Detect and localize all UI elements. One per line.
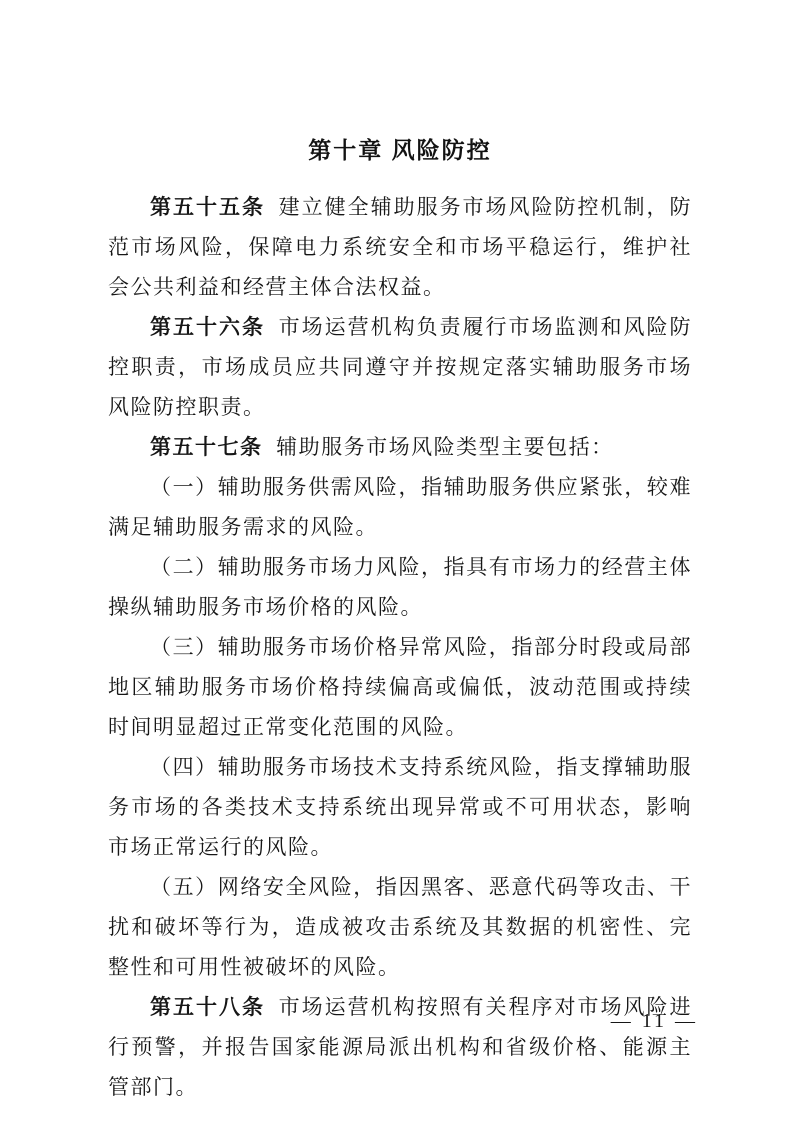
article-text: （一）辅助服务供需风险，指辅助服务供应紧张，较难满足辅助服务需求的风险。 <box>108 475 692 539</box>
document-page: 第十章 风险防控 第五十五条建立健全辅助服务市场风险防控机制，防范市场风险，保障… <box>0 0 800 1131</box>
article-text: 辅助服务市场风险类型主要包括： <box>276 435 614 459</box>
list-item-paragraph: （三）辅助服务市场价格异常风险，指部分时段或局部地区辅助服务市场价格持续偏高或偏… <box>108 627 692 747</box>
article-text: （四）辅助服务市场技术支持系统风险，指支撑辅助服务市场的各类技术支持系统出现异常… <box>108 755 692 859</box>
page-number: — 11 — <box>611 1010 698 1033</box>
article-number: 第五十七条 <box>150 435 263 459</box>
article-paragraph: 第五十八条市场运营机构按照有关程序对市场风险进行预警，并报告国家能源局派出机构和… <box>108 987 692 1107</box>
list-item-paragraph: （四）辅助服务市场技术支持系统风险，指支撑辅助服务市场的各类技术支持系统出现异常… <box>108 747 692 867</box>
list-item-paragraph: （一）辅助服务供需风险，指辅助服务供应紧张，较难满足辅助服务需求的风险。 <box>108 467 692 547</box>
article-number: 第五十六条 <box>150 315 265 339</box>
article-paragraph: 第五十六条市场运营机构负责履行市场监测和风险防控职责，市场成员应共同遵守并按规定… <box>108 307 692 427</box>
document-content: 第十章 风险防控 第五十五条建立健全辅助服务市场风险防控机制，防范市场风险，保障… <box>108 132 692 1107</box>
article-text: （五）网络安全风险，指因黑客、恶意代码等攻击、干扰和破坏等行为，造成被攻击系统及… <box>108 875 692 979</box>
article-number: 第五十五条 <box>150 195 265 219</box>
article-paragraph: 第五十五条建立健全辅助服务市场风险防控机制，防范市场风险，保障电力系统安全和市场… <box>108 187 692 307</box>
article-text: （三）辅助服务市场价格异常风险，指部分时段或局部地区辅助服务市场价格持续偏高或偏… <box>108 635 692 739</box>
list-item-paragraph: （二）辅助服务市场力风险，指具有市场力的经营主体操纵辅助服务市场价格的风险。 <box>108 547 692 627</box>
chapter-heading: 第十章 风险防控 <box>108 132 692 165</box>
article-paragraph: 第五十七条辅助服务市场风险类型主要包括： <box>108 427 692 467</box>
article-number: 第五十八条 <box>150 995 265 1019</box>
article-text: （二）辅助服务市场力风险，指具有市场力的经营主体操纵辅助服务市场价格的风险。 <box>108 555 692 619</box>
list-item-paragraph: （五）网络安全风险，指因黑客、恶意代码等攻击、干扰和破坏等行为，造成被攻击系统及… <box>108 867 692 987</box>
